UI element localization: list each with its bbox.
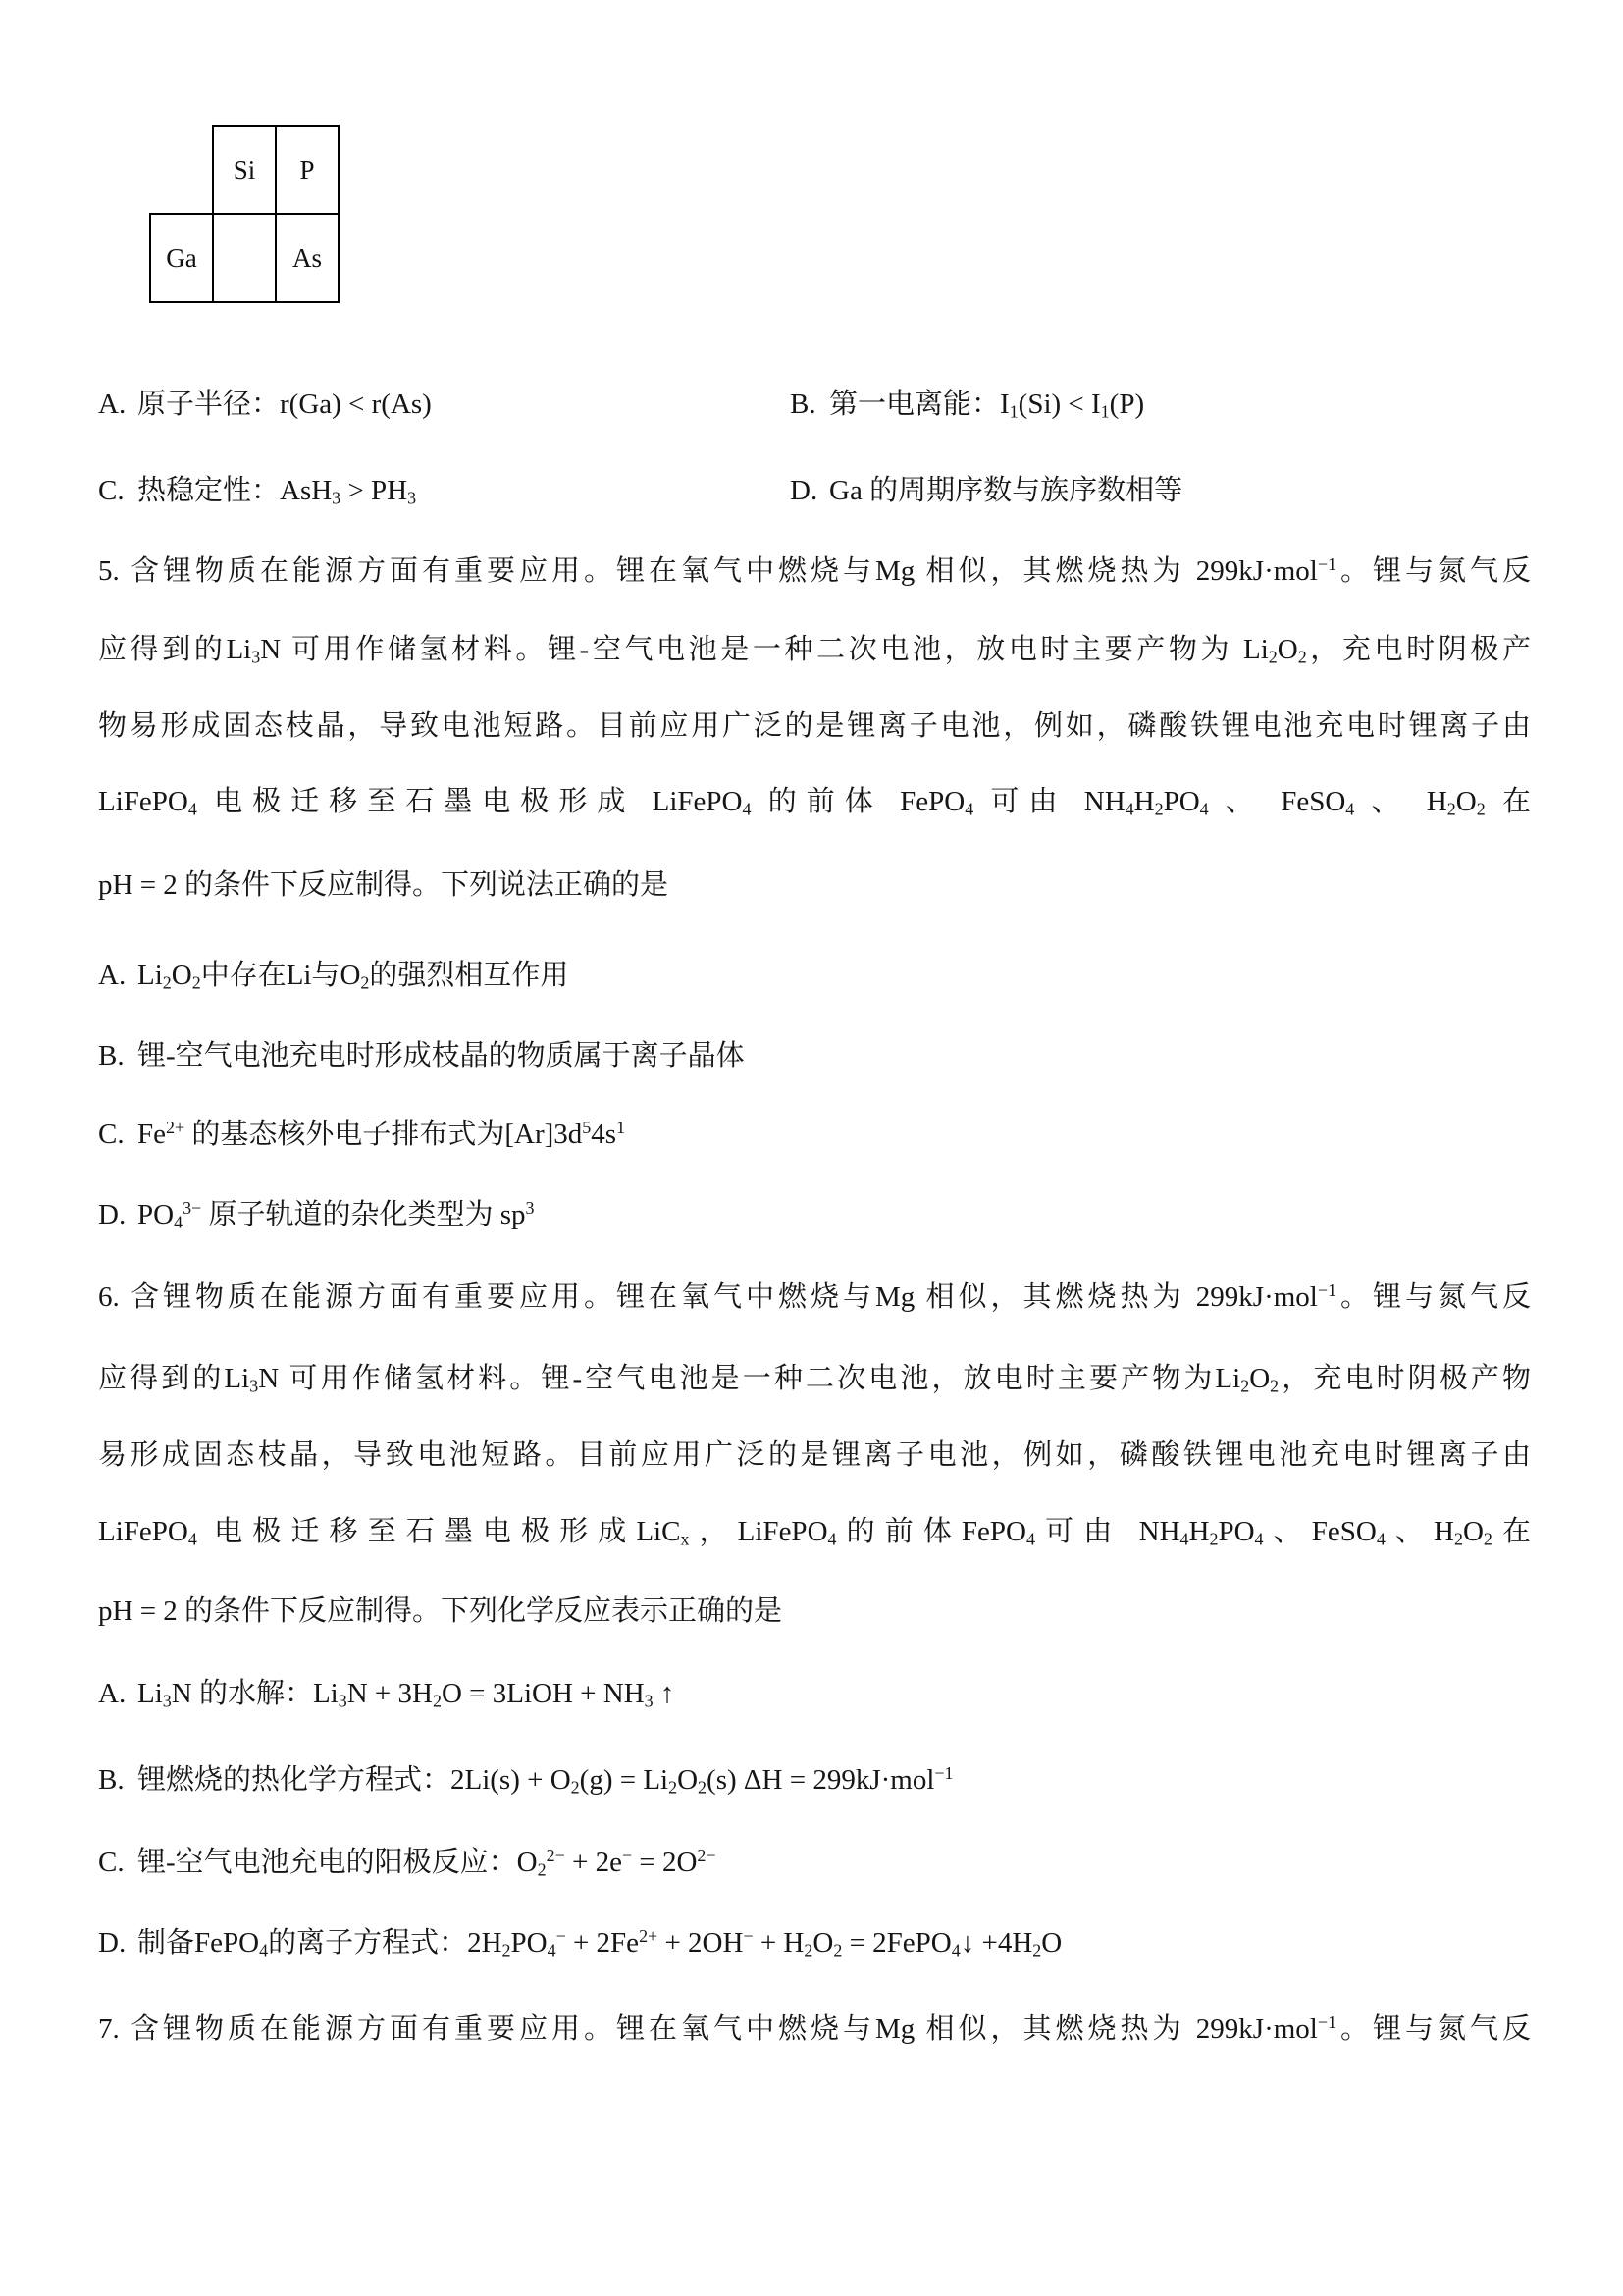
option-label: B. bbox=[790, 383, 829, 426]
q5-stem-line-3: 物易形成固态枝晶，导致电池短路。目前应用广泛的是锂离子电池，例如，磷酸铁锂电池充… bbox=[98, 704, 1531, 748]
option-text: 锂-空气电池充电的阳极反应：O22− + 2e− = 2O2− bbox=[137, 1847, 716, 1878]
option-text: 第一电离能：I1(Si) < I1(P) bbox=[829, 389, 1144, 420]
ptable-cell-blank bbox=[213, 214, 276, 302]
q4-option-d: D.Ga 的周期序数与族序数相等 bbox=[790, 469, 1467, 512]
q6-stem-line-5: pH = 2 的条件下反应制得。下列化学反应表示正确的是 bbox=[98, 1590, 1531, 1633]
option-label: D. bbox=[790, 469, 829, 512]
option-text: Li2O2中存在Li与O2的强烈相互作用 bbox=[137, 960, 568, 991]
ptable-cell-as: As bbox=[276, 214, 339, 302]
q7-stem-line-1: 7. 含锂物质在能源方面有重要应用。锂在氧气中燃烧与Mg 相似，其燃烧热为 29… bbox=[98, 2008, 1531, 2051]
q5-stem-line-1: 5. 含锂物质在能源方面有重要应用。锂在氧气中燃烧与Mg 相似，其燃烧热为 29… bbox=[98, 549, 1531, 593]
option-text: 热稳定性：AsH3 > PH3 bbox=[137, 475, 416, 506]
option-label: C. bbox=[98, 1841, 137, 1884]
option-text: 原子半径：r(Ga) < r(As) bbox=[137, 389, 432, 420]
exam-page: Si P Ga As A.原子半径：r(Ga) < r(As) B.第一电离能：… bbox=[0, 0, 1623, 2296]
q6-stem-line-4: LiFePO4 电极迁移至石墨电极形成LiCx，LiFePO4的前体FePO4可… bbox=[98, 1510, 1531, 1553]
q5-option-a: A.Li2O2中存在Li与O2的强烈相互作用 bbox=[98, 954, 1531, 997]
option-label: A. bbox=[98, 1672, 137, 1715]
option-text: 制备FePO4的离子方程式：2H2PO4− + 2Fe2+ + 2OH− + H… bbox=[137, 1927, 1062, 1958]
q6-option-b: B.锂燃烧的热化学方程式：2Li(s) + O2(g) = Li2O2(s) Δ… bbox=[98, 1758, 1531, 1801]
q5-option-d: D.PO43− 原子轨道的杂化类型为 sp3 bbox=[98, 1193, 1531, 1236]
option-label: D. bbox=[98, 1193, 137, 1236]
option-text: 锂-空气电池充电时形成枝晶的物质属于离子晶体 bbox=[137, 1040, 745, 1071]
option-text: Fe2+ 的基态核外电子排布式为[Ar]3d54s1 bbox=[137, 1119, 625, 1150]
ptable-cell-empty-top bbox=[150, 126, 213, 214]
q5-option-c: C.Fe2+ 的基态核外电子排布式为[Ar]3d54s1 bbox=[98, 1113, 1531, 1156]
q5-stem-line-4: LiFePO4 电极迁移至石墨电极形成 LiFePO4 的前体 FePO4 可由… bbox=[98, 780, 1531, 823]
option-label: C. bbox=[98, 469, 137, 512]
option-label: B. bbox=[98, 1758, 137, 1801]
option-text: Ga 的周期序数与族序数相等 bbox=[829, 475, 1182, 506]
q6-option-a: A.Li3N 的水解：Li3N + 3H2O = 3LiOH + NH3 ↑ bbox=[98, 1672, 1531, 1715]
q4-option-b: B.第一电离能：I1(Si) < I1(P) bbox=[790, 383, 1467, 426]
option-label: D. bbox=[98, 1921, 137, 1964]
q6-stem-line-3: 易形成固态枝晶，导致电池短路。目前应用广泛的是锂离子电池，例如，磷酸铁锂电池充电… bbox=[98, 1434, 1531, 1477]
option-text: Li3N 的水解：Li3N + 3H2O = 3LiOH + NH3 ↑ bbox=[137, 1678, 674, 1709]
q6-option-d: D.制备FePO4的离子方程式：2H2PO4− + 2Fe2+ + 2OH− +… bbox=[98, 1921, 1531, 1964]
q5-stem-line-2: 应得到的Li3N 可用作储氢材料。锂-空气电池是一种二次电池，放电时主要产物为 … bbox=[98, 628, 1531, 671]
q6-stem-line-2: 应得到的Li3N 可用作储氢材料。锂-空气电池是一种二次电池，放电时主要产物为L… bbox=[98, 1357, 1531, 1400]
ptable-cell-ga: Ga bbox=[150, 214, 213, 302]
q6-stem-line-1: 6. 含锂物质在能源方面有重要应用。锂在氧气中燃烧与Mg 相似，其燃烧热为 29… bbox=[98, 1276, 1531, 1319]
q6-option-c: C.锂-空气电池充电的阳极反应：O22− + 2e− = 2O2− bbox=[98, 1841, 1531, 1884]
option-label: C. bbox=[98, 1113, 137, 1156]
q4-option-a: A.原子半径：r(Ga) < r(As) bbox=[98, 383, 775, 426]
periodic-table-fragment: Si P Ga As bbox=[149, 125, 340, 303]
q5-option-b: B.锂-空气电池充电时形成枝晶的物质属于离子晶体 bbox=[98, 1034, 1531, 1077]
option-text: PO43− 原子轨道的杂化类型为 sp3 bbox=[137, 1199, 534, 1230]
option-text: 锂燃烧的热化学方程式：2Li(s) + O2(g) = Li2O2(s) ΔH … bbox=[137, 1764, 954, 1796]
ptable-cell-si: Si bbox=[213, 126, 276, 214]
option-label: B. bbox=[98, 1034, 137, 1077]
q5-stem-line-5: pH = 2 的条件下反应制得。下列说法正确的是 bbox=[98, 863, 1531, 907]
q4-option-c: C.热稳定性：AsH3 > PH3 bbox=[98, 469, 775, 512]
ptable-cell-p: P bbox=[276, 126, 339, 214]
option-label: A. bbox=[98, 954, 137, 997]
option-label: A. bbox=[98, 383, 137, 426]
